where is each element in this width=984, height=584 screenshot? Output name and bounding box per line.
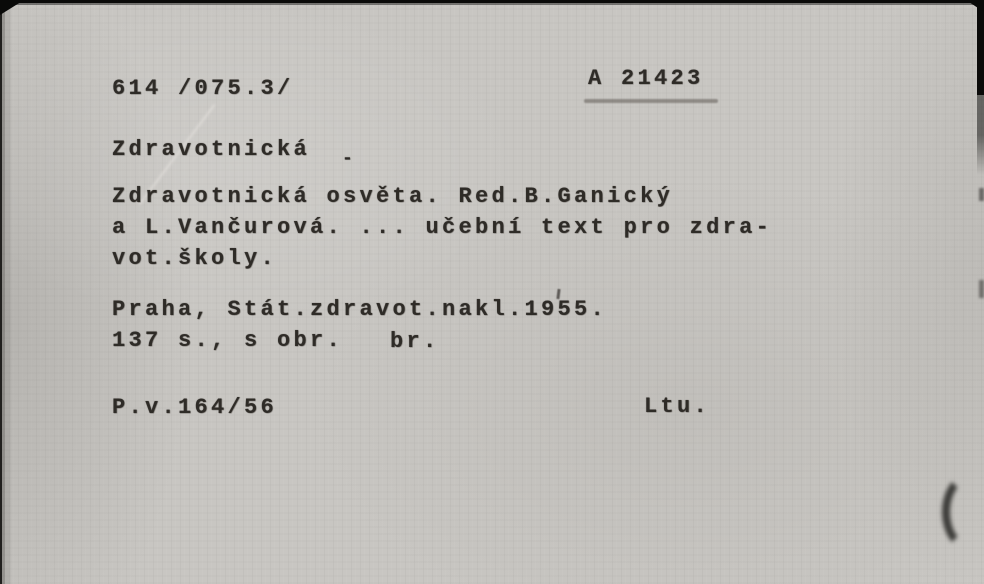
accession-underline xyxy=(584,99,718,103)
cataloguer-initials: Ltu. xyxy=(644,394,710,420)
scan-corner-notch-top-left xyxy=(0,0,24,15)
accession-number: A 21423 xyxy=(588,66,704,92)
collation-statement: 137 s., s obr. xyxy=(112,328,343,354)
title-statement-line: a L.Vančurová. ... učební text pro zdra- xyxy=(112,215,772,241)
imprint-statement: Praha, Stát.zdravot.nakl.1955. xyxy=(112,297,607,323)
scan-artifact-speck xyxy=(979,280,984,298)
title-statement-line: Zdravotnická osvěta. Red.B.Ganický xyxy=(112,184,673,210)
scan-artifact-speck xyxy=(979,188,984,201)
heading-main-entry: Zdravotnická xyxy=(112,137,310,163)
scan-artifact-arc xyxy=(942,472,984,552)
scan-edge-right xyxy=(977,0,984,175)
record-number: P.v.164/56 xyxy=(112,395,277,421)
binding-note: br. xyxy=(390,329,440,355)
scan-corner-notch-top-right xyxy=(966,0,984,12)
scan-edge-top xyxy=(0,0,984,6)
call-number: 614 /075.3/ xyxy=(112,76,294,102)
stray-typed-mark: - xyxy=(342,146,356,172)
title-statement-line: vot.školy. xyxy=(112,246,277,272)
scan-edge-left xyxy=(0,0,12,584)
library-catalog-card-scan: 614 /075.3/ A 21423 Zdravotnická - Zdrav… xyxy=(0,0,984,584)
